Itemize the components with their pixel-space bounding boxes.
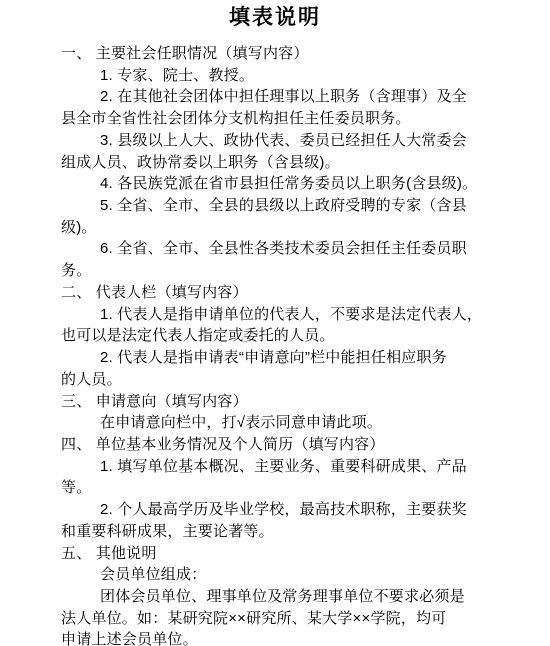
text-line: 组成人员、政协常委以上职务（含县级)。 [61,152,493,174]
text-line: 和重要科研成果，主要论著等。 [61,521,493,543]
text-line: 会员单位组成： [61,564,493,586]
text-line: 级)。 [61,217,493,239]
text-line: 2. 代表人是指申请表“申请意向”栏中能担任相应职务 [61,347,493,369]
text-line: 的人员。 [61,369,493,391]
text-line: 二、 代表人栏（填写内容） [61,282,493,304]
text-line: 县全市全省性社会团体分支机构担任主任委员职务。 [61,108,493,130]
text-line: 2. 在其他社会团体中担任理事以上职务（含理事）及全 [61,86,493,108]
text-line: 2. 个人最高学历及毕业学校，最高技术职称，主要获奖 [61,499,493,521]
document-page: 填表说明 一、 主要社会任职情况（填写内容）1. 专家、院士、教授。2. 在其他… [0,0,550,646]
text-line: 6. 全省、全市、全县性各类技术委员会担任主任委员职 [61,238,493,260]
text-line: 在申请意向栏中，打√表示同意申请此项。 [61,412,493,434]
text-line: 3. 县级以上人大、政协代表、委员已经担任人大常委会 [61,130,493,152]
text-line: 也可以是法定代表人指定或委托的人员。 [61,325,493,347]
text-line: 四、 单位基本业务情况及个人简历（填写内容） [61,434,493,456]
text-line: 4. 各民族党派在省市县担任常务委员以上职务(含县级)。 [61,173,493,195]
text-line: 三、 申请意向（填写内容） [61,391,493,413]
text-line: 一、 主要社会任职情况（填写内容） [61,43,493,65]
text-line: 团体会员单位、理事单位及常务理事单位不要求必须是 [61,586,493,608]
text-line: 1. 代表人是指申请单位的代表人，不要求是法定代表人， [61,304,493,326]
text-line: 申请上述会员单位。 [61,629,493,646]
text-line: 5. 全省、全市、全县的县级以上政府受聘的专家（含县 [61,195,493,217]
text-line: 1. 填写单位基本概况、主要业务、重要科研成果、产品 [61,456,493,478]
text-line: 法人单位。如：某研究院××研究所、某大学××学院，均可 [61,608,493,630]
text-line: 务。 [61,260,493,282]
document-body: 一、 主要社会任职情况（填写内容）1. 专家、院士、教授。2. 在其他社会团体中… [61,43,493,646]
text-line: 1. 专家、院士、教授。 [61,65,493,87]
page-title: 填表说明 [0,5,550,31]
text-line: 等。 [61,477,493,499]
text-line: 五、 其他说明 [61,543,493,565]
